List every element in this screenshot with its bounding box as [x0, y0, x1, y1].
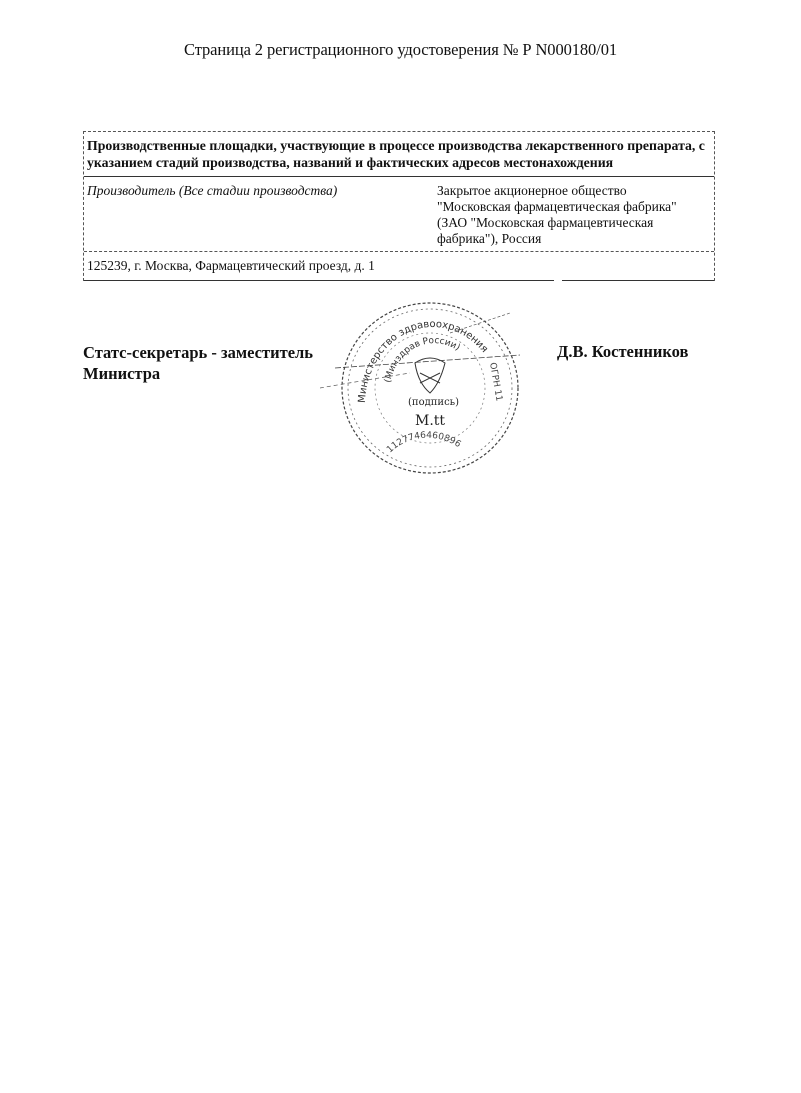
- seal-outer-text: Министерство здравоохранения: [357, 319, 490, 403]
- official-seal-icon: Министерство здравоохранения (Минздрав Р…: [320, 293, 540, 483]
- manufacturer-role: Производитель (Все стадии производства): [84, 177, 437, 251]
- line-gap: [554, 278, 562, 282]
- organization-line: "Московская фармацевтическая фабрика": [437, 199, 712, 215]
- position-line: Министра: [83, 363, 313, 384]
- production-sites-table: Производственные площадки, участвующие в…: [83, 131, 715, 281]
- page-header: Страница 2 регистрационного удостоверени…: [0, 40, 801, 60]
- organization-line: фабрика"), Россия: [437, 231, 712, 247]
- signatory-name: Д.В. Костенников: [557, 342, 688, 362]
- table-row-manufacturer: Производитель (Все стадии производства) …: [84, 177, 714, 252]
- organization-line: (ЗАО "Московская фармацевтическая: [437, 215, 712, 231]
- position-line: Статс-секретарь - заместитель: [83, 342, 313, 363]
- manufacturer-organization: Закрытое акционерное общество "Московска…: [437, 177, 714, 251]
- svg-text:Министерство здравоохранения: Министерство здравоохранения: [357, 319, 490, 403]
- manufacturer-address: 125239, г. Москва, Фармацевтический прое…: [87, 258, 375, 273]
- organization-line: Закрытое акционерное общество: [437, 183, 712, 199]
- svg-text:ОГРН 11: ОГРН 11: [487, 362, 504, 402]
- svg-text:1127746460896: 1127746460896: [385, 431, 462, 456]
- svg-text:M.tt: M.tt: [415, 413, 445, 429]
- table-row-address: 125239, г. Москва, Фармацевтический прое…: [84, 252, 714, 281]
- signatory-position: Статс-секретарь - заместитель Министра: [83, 342, 313, 384]
- table-heading: Производственные площадки, участвующие в…: [84, 132, 714, 177]
- svg-text:(подпись): (подпись): [408, 397, 459, 408]
